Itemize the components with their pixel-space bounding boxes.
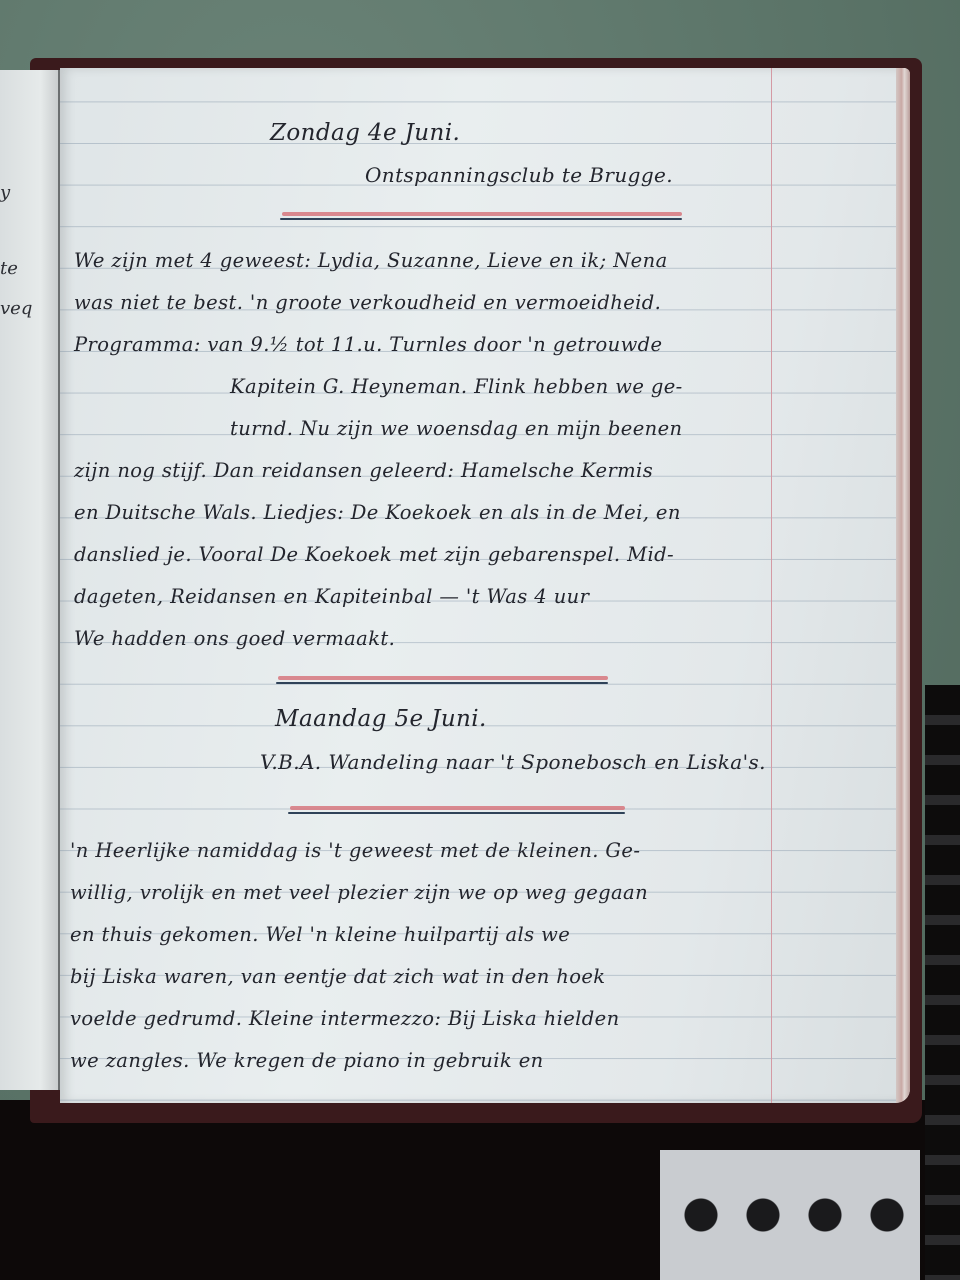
- blue-underline: [276, 682, 608, 684]
- entry-line: bij Liska waren, van eentje dat zich wat…: [70, 965, 606, 988]
- entry-line: Kapitein G. Heyneman. Flink hebben we ge…: [230, 375, 683, 398]
- page-edge: [896, 68, 910, 1103]
- double-underline-divider: [282, 212, 682, 221]
- entry-line: en Duitsche Wals. Liedjes: De Koekoek en…: [74, 501, 681, 524]
- entry-line: en thuis gekomen. Wel 'n kleine huilpart…: [70, 923, 570, 946]
- entry-line: voelde gedrumd. Kleine intermezzo: Bij L…: [70, 1007, 620, 1030]
- left-page: y te veq: [0, 70, 60, 1090]
- red-underline: [278, 676, 608, 680]
- piano-keys-background: [925, 685, 960, 1280]
- left-page-fragment: te: [0, 258, 18, 279]
- entry-line: we zangles. We kregen de piano in gebrui…: [70, 1049, 544, 1072]
- entry-line: danslied je. Vooral De Koekoek met zijn …: [74, 543, 674, 566]
- red-underline: [290, 806, 625, 810]
- entry-line: zijn nog stijf. Dan reidansen geleerd: H…: [74, 459, 653, 482]
- entry-line: dageten, Reidansen en Kapiteinbal — 't W…: [74, 585, 589, 608]
- entry-title: Ontspanningsclub te Brugge.: [365, 163, 673, 187]
- blue-underline: [280, 218, 682, 220]
- blue-underline: [288, 812, 625, 814]
- margin-line: [771, 68, 772, 1103]
- entry-title: V.B.A. Wandeling naar 't Sponebosch en L…: [260, 750, 766, 774]
- red-underline: [282, 212, 682, 216]
- left-page-fragment: y: [0, 182, 10, 203]
- entry-line: We hadden ons goed vermaakt.: [74, 627, 395, 650]
- entry-line: 'n Heerlijke namiddag is 't geweest met …: [70, 839, 640, 862]
- left-page-fragment: veq: [0, 298, 32, 319]
- double-underline-divider: [278, 676, 608, 685]
- entry-line: turnd. Nu zijn we woensdag en mijn beene…: [230, 417, 683, 440]
- entry-date: Maandag 5e Juni.: [275, 706, 487, 732]
- entry-line: Programma: van 9.½ tot 11.u. Turnles doo…: [74, 333, 663, 356]
- entry-line: willig, vrolijk en met veel plezier zijn…: [70, 881, 648, 904]
- entry-line: was niet te best. 'n groote verkoudheid …: [74, 291, 661, 314]
- diary-page: Zondag 4e Juni. Ontspanningsclub te Brug…: [60, 68, 910, 1103]
- polka-dot-cloth: [660, 1150, 920, 1280]
- double-underline-divider: [290, 806, 625, 815]
- entry-date: Zondag 4e Juni.: [270, 120, 460, 146]
- entry-line: We zijn met 4 geweest: Lydia, Suzanne, L…: [74, 249, 668, 272]
